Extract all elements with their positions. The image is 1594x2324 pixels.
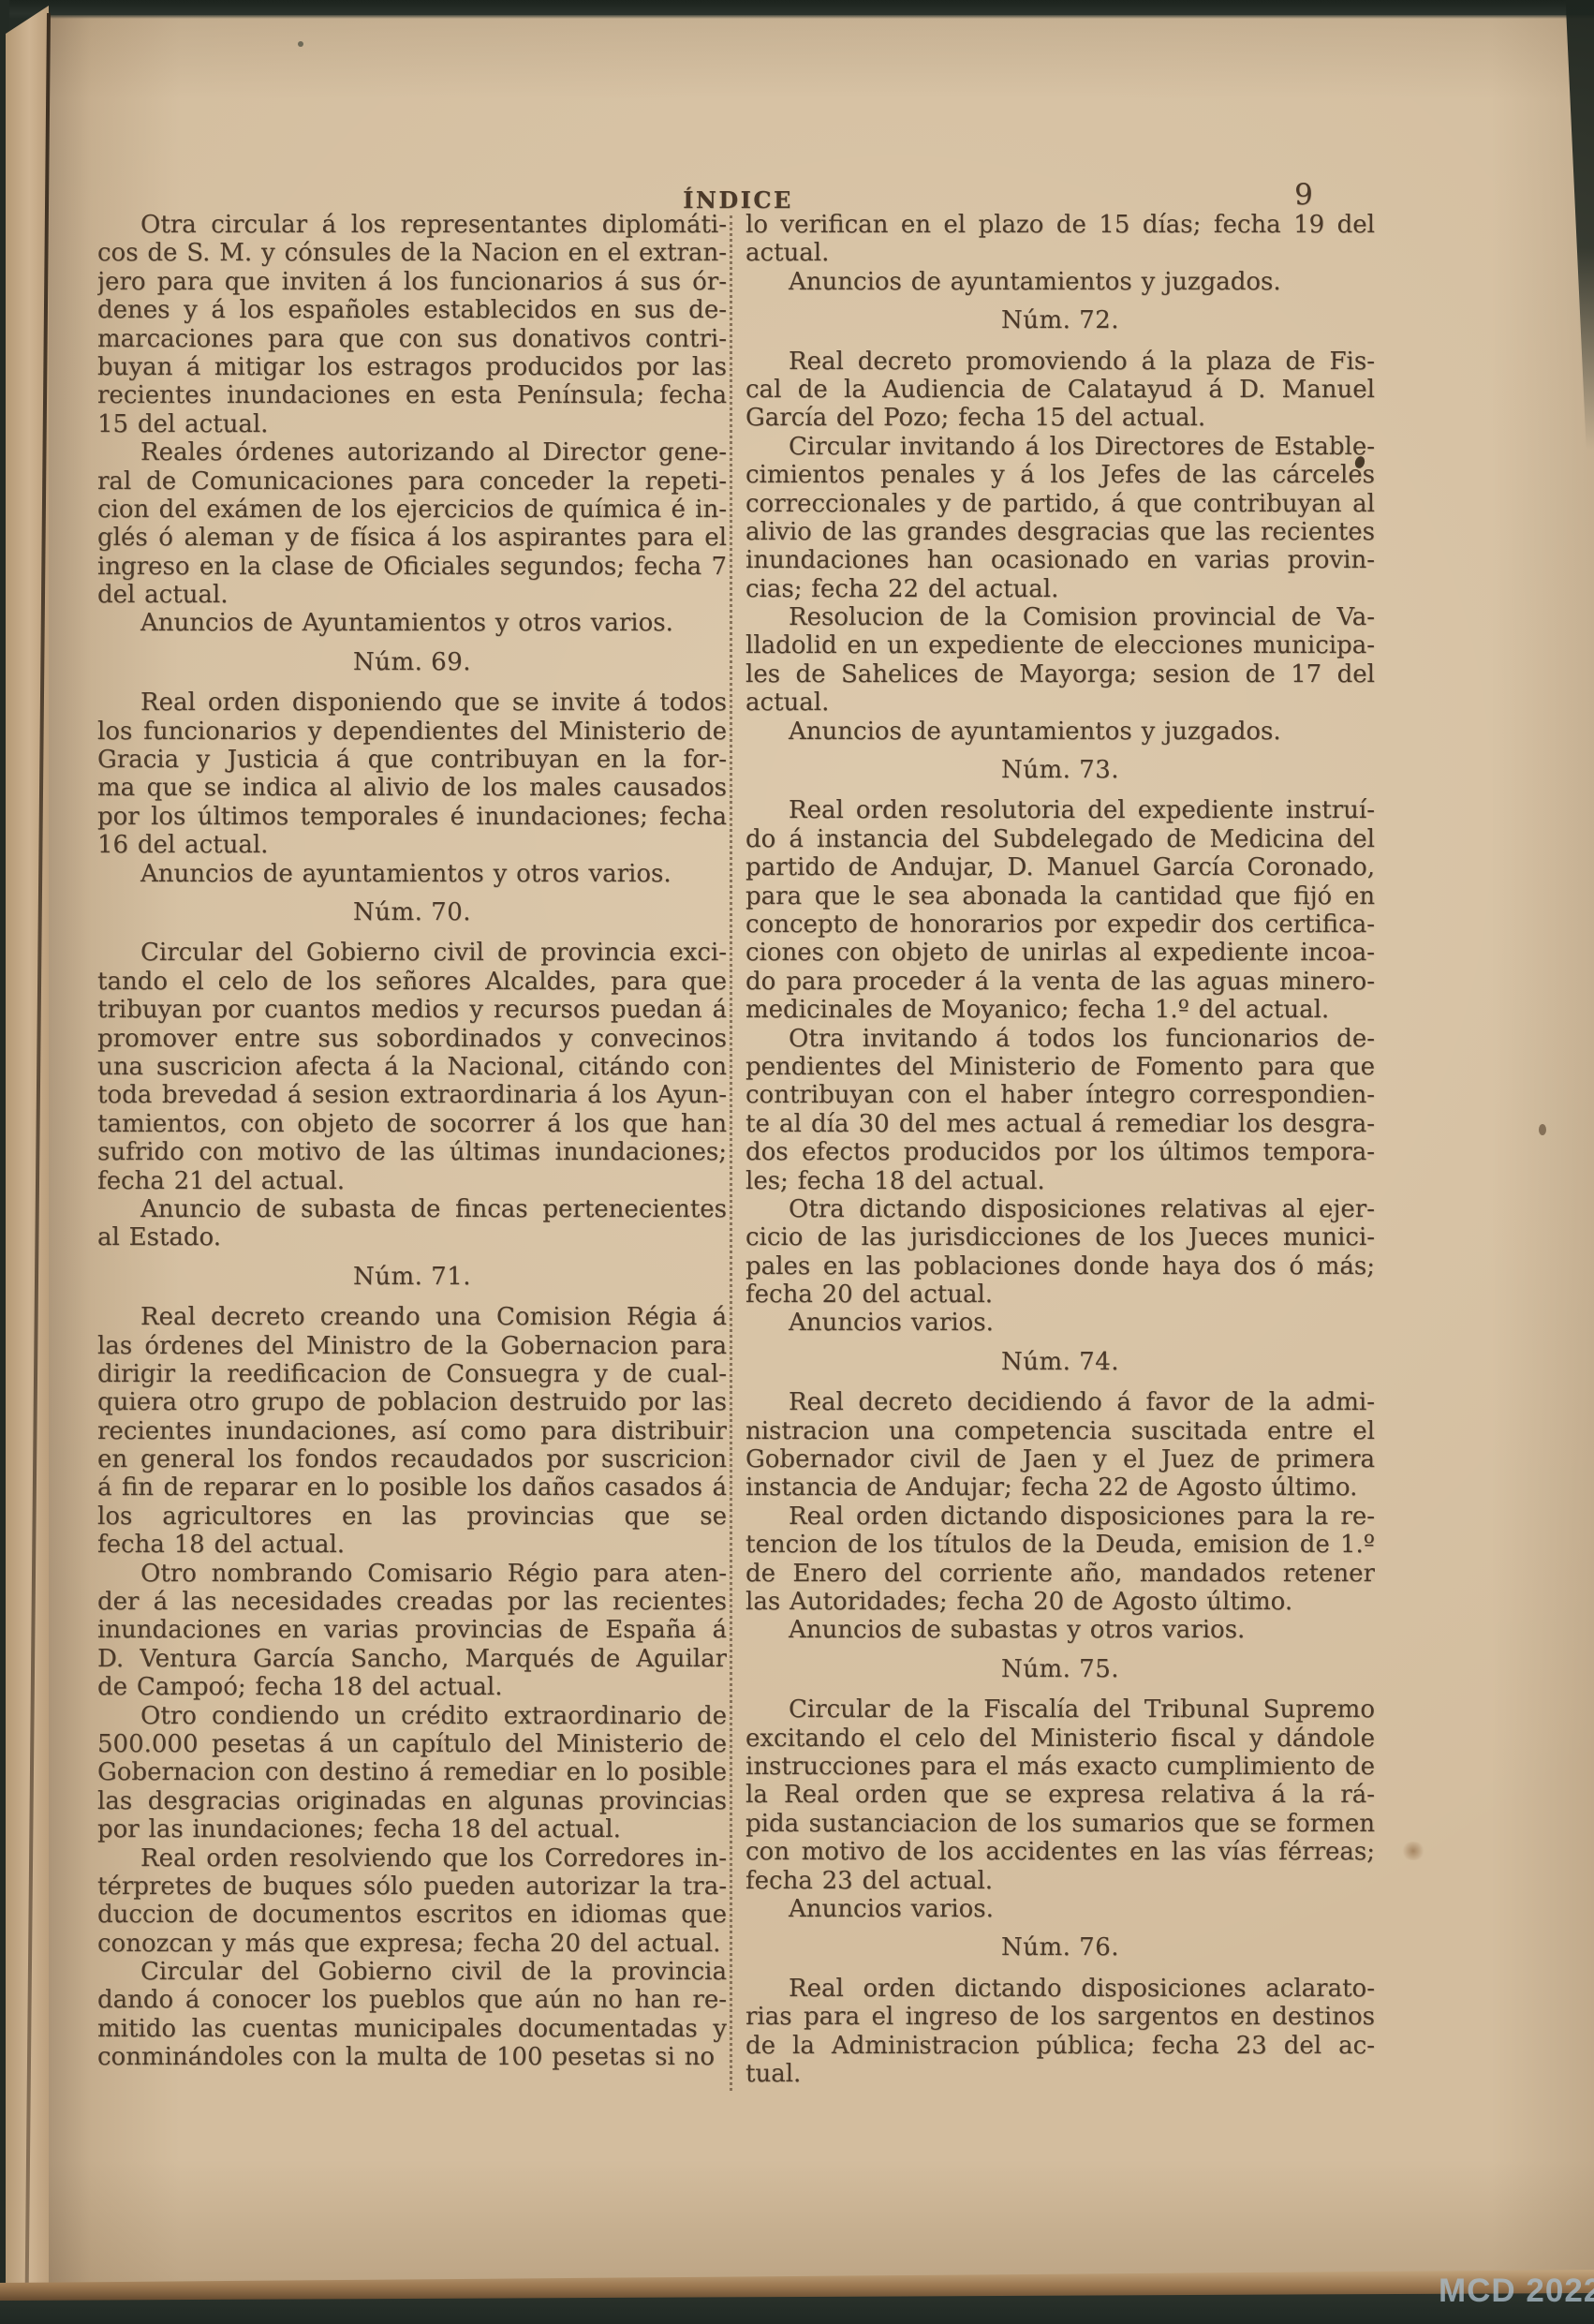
paragraph: Anuncio de subasta de fincas pertenecien… (97, 1195, 727, 1252)
text-line: Gracia y Justicia á que contribuyan en l… (97, 746, 727, 774)
left-column: Otra circular á los representantes diplo… (97, 211, 727, 2072)
text-line: lo verifican en el plazo de 15 días; fec… (745, 211, 1375, 239)
text-line: dirigir la reedificacion de Consuegra y … (97, 1360, 727, 1388)
text-line: promover entre sus sobordinados y convec… (97, 1025, 727, 1053)
text-line: conozcan y más que expresa; fecha 20 del… (97, 1930, 727, 1958)
text-line: Real orden dictando disposiciones aclara… (745, 1975, 1375, 2003)
text-line: cal de la Audiencia de Calatayud á D. Ma… (745, 376, 1375, 404)
paragraph: lo verifican en el plazo de 15 días; fec… (745, 211, 1375, 268)
ink-smudge (1401, 1842, 1425, 1860)
scanned-page: { "document": { "header": { "title": "ÍN… (0, 0, 1594, 2324)
text-line: al Estado. (97, 1223, 727, 1251)
text-line: Anuncios de ayuntamientos y juzgados. (745, 718, 1375, 746)
text-line: Circular invitando á los Directores de E… (745, 433, 1375, 461)
section-heading: Núm. 74. (745, 1348, 1375, 1376)
text-line: recientes inundaciones, así como para di… (97, 1417, 727, 1445)
text-line: con motivo de los accidentes en las vías… (745, 1838, 1375, 1866)
text-line: conminándoles con la multa de 100 peseta… (97, 2043, 727, 2071)
text-line: Otro nombrando Comisario Régio para aten… (97, 1560, 727, 1588)
text-line: Real orden disponiendo que se invite á t… (97, 688, 727, 717)
text-line: actual. (745, 239, 1375, 267)
text-line: Circular del Gobierno civil de la provin… (97, 1958, 727, 1986)
text-line: actual. (745, 688, 1375, 717)
text-line: ral de Comunicaciones para conceder la r… (97, 467, 727, 496)
text-line: los agricultores en las provincias que s… (97, 1502, 727, 1531)
text-line: Real decreto decidiendo á favor de la ad… (745, 1388, 1375, 1416)
text-line: Otra invitando á todos los funcionarios … (745, 1025, 1375, 1053)
paragraph: Otro condiendo un crédito extraordinario… (97, 1702, 727, 1844)
text-line: Otra circular á los representantes diplo… (97, 211, 727, 239)
watermark: MCD 2022-L5 (1439, 2272, 1594, 2310)
column-divider (730, 215, 732, 2091)
paragraph: Real orden resolviendo que los Corredore… (97, 1844, 727, 1959)
text-line: les; fecha 18 del actual. (745, 1167, 1375, 1195)
text-line: tando el celo de los señores Alcaldes, p… (97, 968, 727, 996)
section-heading: Núm. 76. (745, 1933, 1375, 1961)
text-line: 500.000 pesetas á un capítulo del Minist… (97, 1730, 727, 1758)
text-line: sufrido con motivo de las últimas inunda… (97, 1138, 727, 1166)
text-line: del actual. (97, 581, 727, 609)
text-line: Anuncios de ayuntamientos y juzgados. (745, 268, 1375, 296)
paragraph: Otra invitando á todos los funcionarios … (745, 1025, 1375, 1195)
text-line: glés ó aleman y de física á los aspirant… (97, 524, 727, 552)
paragraph: Circular invitando á los Directores de E… (745, 433, 1375, 603)
paragraph: Real decreto promoviendo á la plaza de F… (745, 348, 1375, 433)
text-line: D. Ventura García Sancho, Marqués de Agu… (97, 1645, 727, 1673)
text-line: pida sustanciacion de los sumarios que s… (745, 1810, 1375, 1838)
text-line: Resolucion de la Comision provincial de … (745, 603, 1375, 631)
text-line: excitando el celo del Ministerio fiscal … (745, 1724, 1375, 1753)
text-line: marcaciones para que con sus donativos c… (97, 325, 727, 353)
text-line: mitido las cuentas municipales documenta… (97, 2015, 727, 2043)
text-line: Anuncios de ayuntamientos y otros varios… (97, 860, 727, 888)
text-line: Otro condiendo un crédito extraordinario… (97, 1702, 727, 1730)
paragraph: Real orden disponiendo que se invite á t… (97, 688, 727, 859)
text-line: Circular de la Fiscalía del Tribunal Sup… (745, 1695, 1375, 1724)
text-line: una suscricion afecta á la Nacional, cit… (97, 1053, 727, 1081)
text-line: Real orden resolviendo que los Corredore… (97, 1844, 727, 1873)
text-line: las Autoridades; fecha 20 de Agosto últi… (745, 1588, 1375, 1616)
text-line: instancia de Andujar; fecha 22 de Agosto… (745, 1473, 1375, 1502)
text-line: Anuncios de subastas y otros varios. (745, 1616, 1375, 1644)
text-line: cos de S. M. y cónsules de la Nacion en … (97, 239, 727, 267)
text-line: Otra dictando disposiciones relativas al… (745, 1195, 1375, 1223)
text-line: do á instancia del Subdelegado de Medici… (745, 825, 1375, 853)
paragraph: Anuncios de subastas y otros varios. (745, 1616, 1375, 1644)
text-line: inundaciones en varias provincias de Esp… (97, 1616, 727, 1644)
text-line: 15 del actual. (97, 410, 727, 438)
text-line: fecha 23 del actual. (745, 1867, 1375, 1895)
text-line: para que le sea abonada la cantidad que … (745, 882, 1375, 910)
text-line: Anuncios varios. (745, 1309, 1375, 1337)
text-line: en general los fondos recaudados por sus… (97, 1445, 727, 1473)
text-line: Anuncios varios. (745, 1895, 1375, 1923)
text-line: les de Sahelices de Mayorga; sesion de 1… (745, 660, 1375, 688)
text-line: de la Administracion pública; fecha 23 d… (745, 2032, 1375, 2060)
paragraph: Real orden dictando disposiciones para l… (745, 1502, 1375, 1617)
text-line: García del Pozo; fecha 15 del actual. (745, 404, 1375, 432)
ink-smudge (298, 41, 303, 47)
text-line: buyan á mitigar los estragos producidos … (97, 353, 727, 381)
text-line: te al día 30 del mes actual á remediar l… (745, 1110, 1375, 1138)
text-line: pendientes del Ministerio de Fomento par… (745, 1053, 1375, 1081)
text-line: Anuncios de Ayuntamientos y otros varios… (97, 609, 727, 637)
paragraph: Anuncios de ayuntamientos y otros varios… (97, 860, 727, 888)
section-heading: Núm. 75. (745, 1655, 1375, 1683)
text-line: tencion de los títulos de la Deuda, emis… (745, 1531, 1375, 1559)
text-line: ma que se indica al alivio de los males … (97, 774, 727, 802)
text-line: Anuncio de subasta de fincas pertenecien… (97, 1195, 727, 1223)
right-column: lo verifican en el plazo de 15 días; fec… (745, 211, 1375, 2088)
text-line: de Enero del corriente año, mandados ret… (745, 1560, 1375, 1588)
text-line: cimientos penales y á los Jefes de las c… (745, 461, 1375, 489)
text-line: Real orden dictando disposiciones para l… (745, 1502, 1375, 1531)
text-line: tamientos, con objeto de socorrer á los … (97, 1110, 727, 1138)
text-line: duccion de documentos escritos en idioma… (97, 1901, 727, 1929)
paragraph: Otra circular á los representantes diplo… (97, 211, 727, 438)
text-line: Gobernador civil de Jaen y el Juez de pr… (745, 1445, 1375, 1473)
text-line: jero para que inviten á los funcionarios… (97, 268, 727, 296)
text-line: ingreso en la clase de Oficiales segundo… (97, 553, 727, 581)
text-line: inundaciones han ocasionado en varias pr… (745, 546, 1375, 574)
text-line: la Real orden que se expresa relativa á … (745, 1781, 1375, 1809)
paragraph: Resolucion de la Comision provincial de … (745, 603, 1375, 718)
text-line: correccionales y de partido, á que contr… (745, 490, 1375, 518)
paragraph: Circular del Gobierno civil de provincia… (97, 939, 727, 1195)
text-line: nistracion una competencia suscitada ent… (745, 1417, 1375, 1445)
text-line: Real decreto promoviendo á la plaza de F… (745, 348, 1375, 376)
text-line: tribuyan por cuantos medios y recursos p… (97, 996, 727, 1024)
text-line: do para proceder á la venta de las aguas… (745, 968, 1375, 996)
text-line: 16 del actual. (97, 831, 727, 859)
paragraph: Real decreto decidiendo á favor de la ad… (745, 1388, 1375, 1502)
text-line: cicio de las jurisdicciones de los Juece… (745, 1223, 1375, 1251)
paragraph: Anuncios varios. (745, 1895, 1375, 1923)
text-line: tual. (745, 2060, 1375, 2088)
text-line: contribuyan con el haber íntegro corresp… (745, 1081, 1375, 1109)
paragraph: Anuncios de Ayuntamientos y otros varios… (97, 609, 727, 637)
paragraph: Otra dictando disposiciones relativas al… (745, 1195, 1375, 1310)
text-line: por los últimos temporales é inundacione… (97, 803, 727, 831)
text-line: Reales órdenes autorizando al Director g… (97, 438, 727, 466)
text-line: fecha 21 del actual. (97, 1167, 727, 1195)
text-line: quiera otro grupo de poblacion destruido… (97, 1388, 727, 1416)
section-heading: Núm. 72. (745, 306, 1375, 334)
text-line: rias para el ingreso de los sargentos en… (745, 2003, 1375, 2031)
page-title: ÍNDICE (551, 186, 925, 214)
text-line: de Campoó; fecha 18 del actual. (97, 1673, 727, 1701)
text-line: cion del exámen de los ejercicios de quí… (97, 496, 727, 524)
ink-smudge (1539, 1124, 1546, 1135)
paragraph: Reales órdenes autorizando al Director g… (97, 438, 727, 609)
paragraph: Otro nombrando Comisario Régio para aten… (97, 1560, 727, 1702)
text-line: las desgracias originadas en algunas pro… (97, 1787, 727, 1815)
text-line: ciones con objeto de unirlas al expedien… (745, 939, 1375, 967)
text-line: toda brevedad á sesion extraordinaria á … (97, 1081, 727, 1109)
text-line: las órdenes del Ministro de la Gobernaci… (97, 1332, 727, 1360)
text-line: lladolid en un expediente de elecciones … (745, 631, 1375, 659)
section-heading: Núm. 71. (97, 1263, 727, 1291)
text-line: medicinales de Moyanico; fecha 1.º del a… (745, 996, 1375, 1024)
text-line: cias; fecha 22 del actual. (745, 575, 1375, 603)
section-heading: Núm. 73. (745, 756, 1375, 784)
text-line: Real decreto creando una Comision Régia … (97, 1303, 727, 1331)
text-line: recientes inundaciones en esta Península… (97, 381, 727, 409)
text-line: térpretes de buques sólo pueden autoriza… (97, 1873, 727, 1901)
section-heading: Núm. 70. (97, 898, 727, 926)
text-line: pales en las poblaciones donde haya dos … (745, 1252, 1375, 1280)
paragraph: Circular del Gobierno civil de la provin… (97, 1958, 727, 2072)
text-line: denes y á los españoles establecidos en … (97, 296, 727, 324)
paragraph: Real orden resolutoria del expediente in… (745, 796, 1375, 1024)
text-line: Real orden resolutoria del expediente in… (745, 796, 1375, 824)
text-line: fecha 18 del actual. (97, 1531, 727, 1559)
page-number: 9 (1276, 178, 1332, 212)
text-line: dando á conocer los pueblos que aún no h… (97, 1986, 727, 2014)
text-line: dos efectos producidos por los últimos t… (745, 1138, 1375, 1166)
text-line: der á las necesidades creadas por las re… (97, 1588, 727, 1616)
text-line: alivio de las grandes desgracias que las… (745, 518, 1375, 546)
paragraph: Circular de la Fiscalía del Tribunal Sup… (745, 1695, 1375, 1895)
section-heading: Núm. 69. (97, 648, 727, 676)
text-line: Circular del Gobierno civil de provincia… (97, 939, 727, 967)
text-line: á fin de reparar en lo posible los daños… (97, 1473, 727, 1502)
text-line: instrucciones para el más exacto cumplim… (745, 1753, 1375, 1781)
paragraph: Anuncios de ayuntamientos y juzgados. (745, 718, 1375, 746)
text-line: concepto de honorarios por expedir dos c… (745, 910, 1375, 939)
paragraph: Anuncios de ayuntamientos y juzgados. (745, 268, 1375, 296)
text-line: los funcionarios y dependientes del Mini… (97, 718, 727, 746)
book-edge-top (0, 0, 1594, 19)
paragraph: Real orden dictando disposiciones aclara… (745, 1975, 1375, 2089)
paragraph: Real decreto creando una Comision Régia … (97, 1303, 727, 1560)
text-line: por las inundaciones; fecha 18 del actua… (97, 1815, 727, 1843)
text-line: fecha 20 del actual. (745, 1280, 1375, 1309)
paragraph: Anuncios varios. (745, 1309, 1375, 1337)
text-line: partido de Andujar, D. Manuel García Cor… (745, 853, 1375, 881)
text-line: Gobernacion con destino á remediar en lo… (97, 1758, 727, 1786)
